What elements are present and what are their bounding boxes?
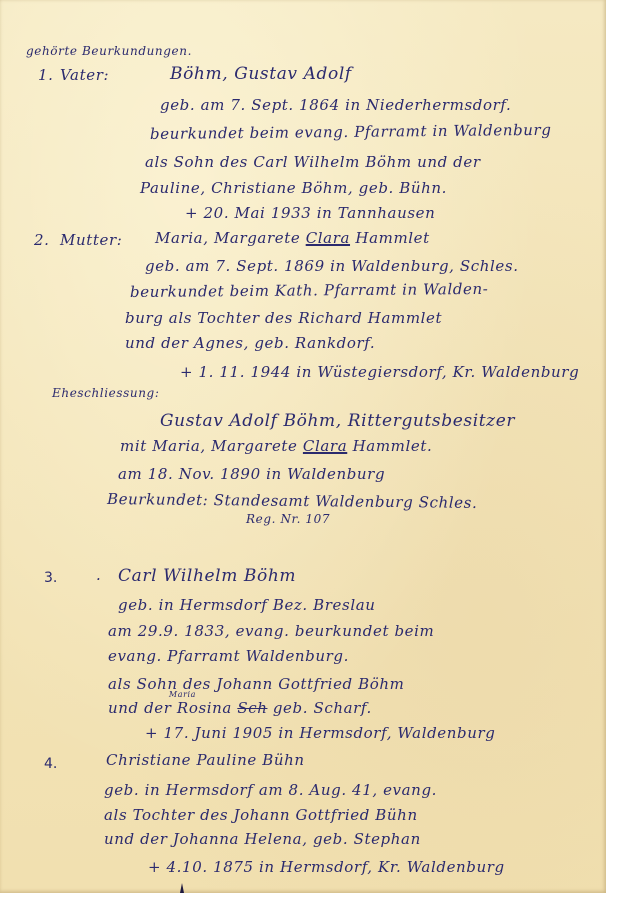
section-3-mother-suffix: geb. Scharf.: [267, 699, 371, 717]
marriage-record: Beurkundet: Standesamt Waldenburg Schles…: [107, 490, 478, 512]
section-4-number: 4.: [44, 756, 57, 772]
section-2-death: + 1. 11. 1944 in Wüstegiersdorf, Kr. Wal…: [180, 363, 579, 381]
section-2-daughter-of: burg als Tochter des Richard Hammlet: [125, 309, 442, 327]
marriage-groom: Gustav Adolf Böhm, Rittergutsbesitzer: [160, 411, 515, 431]
marriage-bride-part-1: mit Maria, Margarete: [120, 437, 303, 455]
marriage-bride-part-3: Hammlet.: [347, 437, 432, 455]
section-1-birth: geb. am 7. Sept. 1864 in Niederhermsdorf…: [160, 96, 511, 114]
marriage-bride-underlined: Clara: [303, 437, 347, 455]
section-2-name-part-3: Hammlet: [350, 229, 430, 247]
section-4-death: + 4.10. 1875 in Hermsdorf, Kr. Waldenbur…: [148, 858, 505, 876]
section-3-son-of: als Sohn des Johann Gottfried Böhm: [108, 675, 404, 693]
marriage-title: Eheschliessung:: [52, 386, 159, 400]
section-3-death: + 17. Juni 1905 in Hermsdorf, Waldenburg: [145, 724, 495, 742]
section-2-name-underlined: Clara: [306, 229, 350, 247]
section-4-daughter-of: als Tochter des Johann Gottfried Bühn: [104, 806, 418, 824]
section-1-number: 1.: [38, 66, 54, 84]
section-1-name: Böhm, Gustav Adolf: [170, 64, 352, 84]
section-3-mother-name: Rosina: [177, 699, 237, 717]
section-4-name: Christiane Pauline Bühn: [106, 751, 305, 769]
section-3-mother-struck: Sch: [237, 699, 267, 717]
marriage-bride: mit Maria, Margarete Clara Hammlet.: [120, 437, 432, 455]
section-1-son-of: als Sohn des Carl Wilhelm Böhm und der: [145, 153, 481, 171]
section-3-birthdate: am 29.9. 1833, evang. beurkundet beim: [108, 622, 434, 640]
section-1-death: + 20. Mai 1933 in Tannhausen: [185, 204, 435, 222]
section-2-birth: geb. am 7. Sept. 1869 in Waldenburg, Sch…: [145, 257, 519, 275]
marriage-reg-number: Reg. Nr. 107: [246, 512, 330, 526]
section-1-record: beurkundet beim evang. Pfarramt in Walde…: [150, 121, 552, 143]
section-2-mother: und der Agnes, geb. Rankdorf.: [125, 334, 375, 352]
document-page: gehörte Beurkundungen. 1. Vater: Böhm, G…: [0, 0, 606, 893]
marriage-date: am 18. Nov. 1890 in Waldenburg: [118, 465, 385, 483]
section-3-name: Carl Wilhelm Böhm: [118, 566, 296, 586]
section-2-name: Maria, Margarete Clara Hammlet: [155, 229, 430, 247]
section-2-number: 2.: [34, 231, 50, 249]
document-heading: gehörte Beurkundungen.: [26, 44, 192, 58]
section-2-record: beurkundet beim Kath. Pfarramt in Walden…: [130, 280, 489, 301]
section-2-name-part-1: Maria, Margarete: [155, 229, 306, 247]
section-4-birth: geb. in Hermsdorf am 8. Aug. 41, evang.: [104, 781, 437, 799]
section-3-mother-insertion: Maria: [169, 690, 196, 699]
section-3-number: 3.: [44, 570, 57, 586]
section-3-mother: und der MariaRosina Sch geb. Scharf.: [108, 699, 372, 717]
section-1-role: Vater:: [60, 66, 109, 84]
section-3-mother-prefix: und der: [108, 699, 177, 717]
paper-mark: [180, 883, 184, 893]
section-2-role: Mutter:: [60, 231, 122, 249]
section-3-bullet: ·: [96, 570, 101, 588]
section-3-record: evang. Pfarramt Waldenburg.: [108, 647, 349, 665]
section-1-mother: Pauline, Christiane Böhm, geb. Bühn.: [140, 179, 447, 197]
section-4-mother: und der Johanna Helena, geb. Stephan: [104, 830, 421, 848]
section-3-birthplace: geb. in Hermsdorf Bez. Breslau: [118, 596, 376, 614]
